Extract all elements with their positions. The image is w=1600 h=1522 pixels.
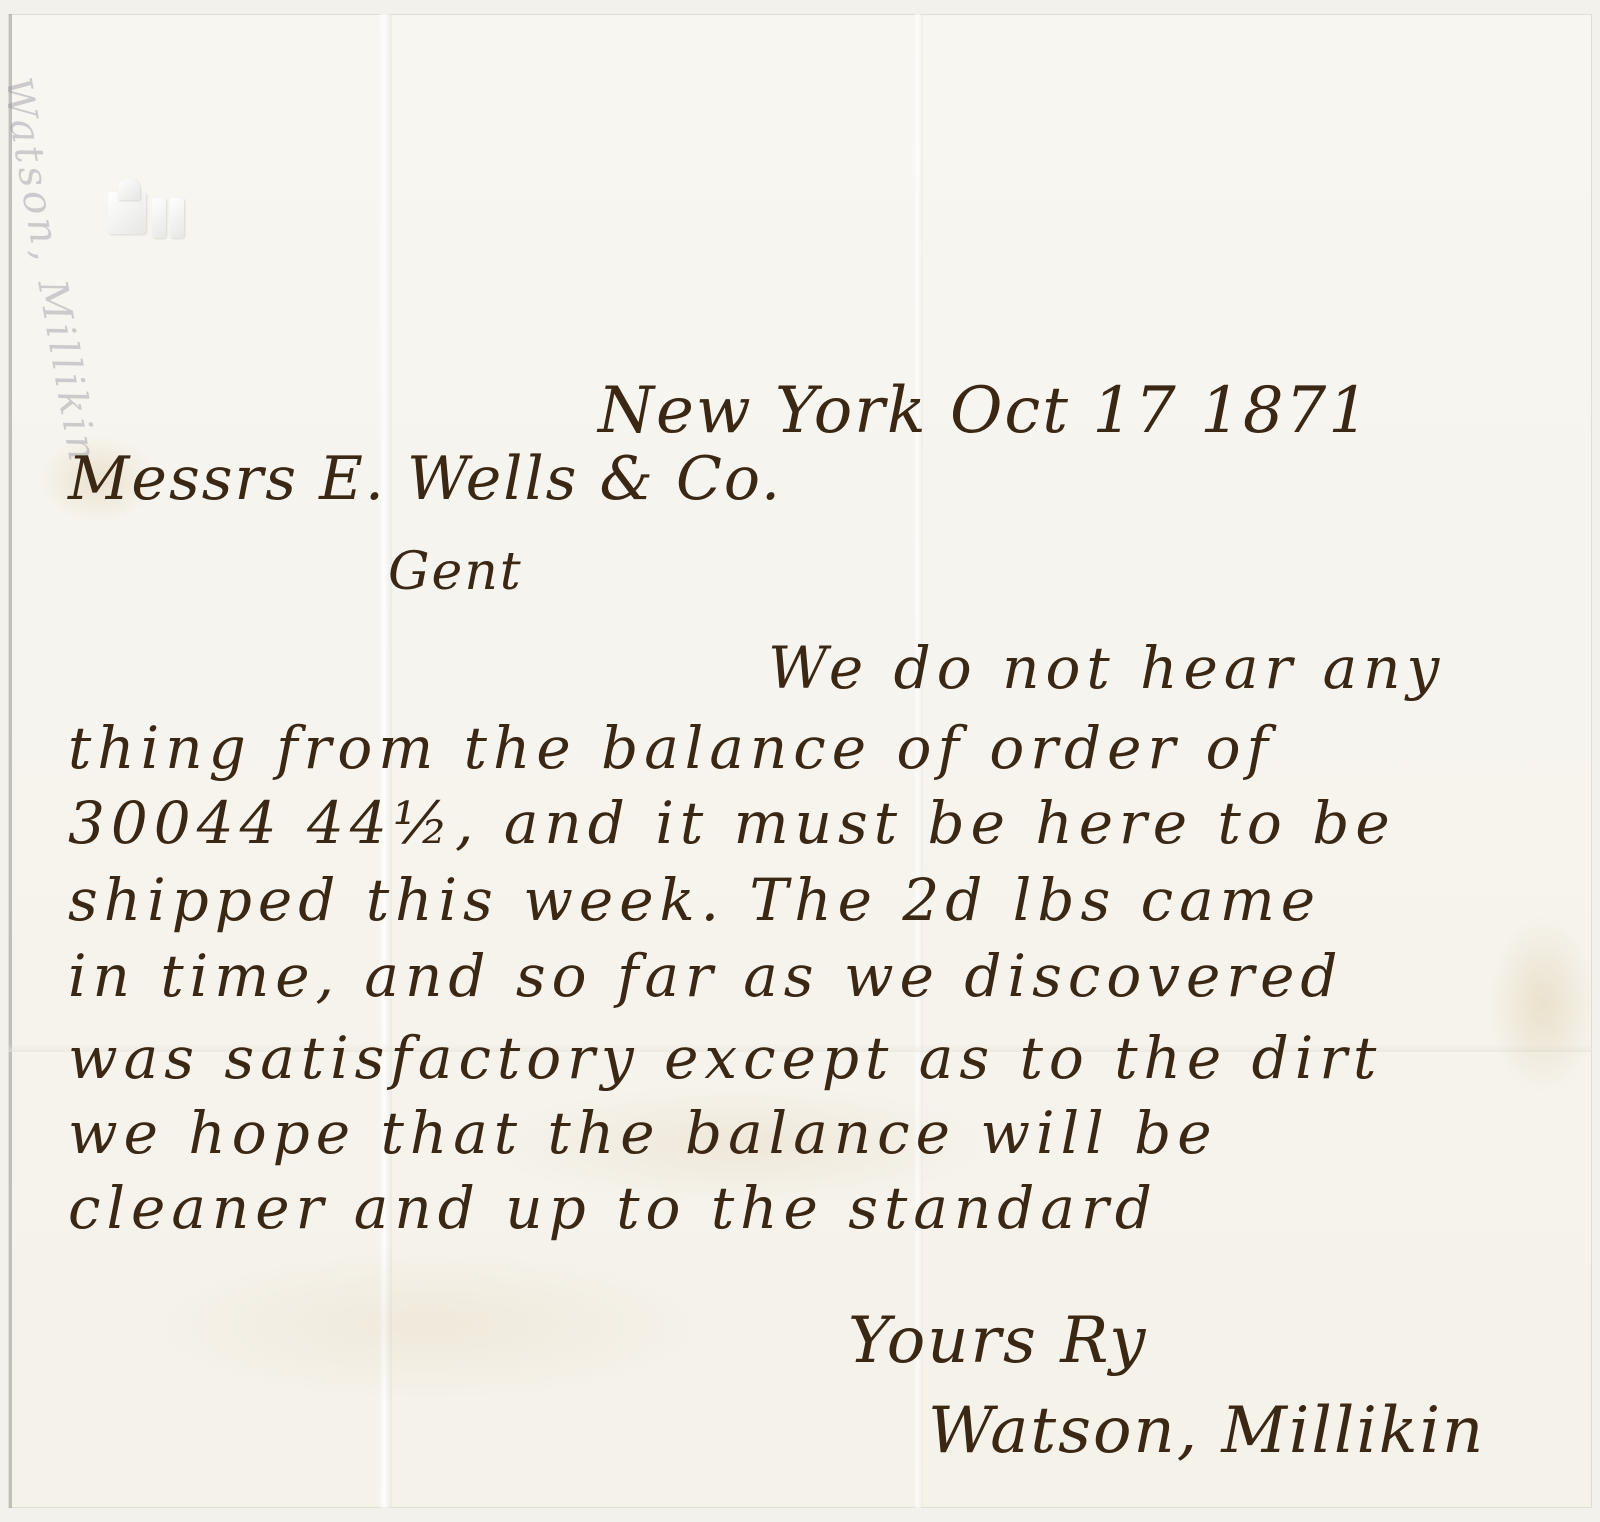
letter-body-line: we hope that the balance will be: [68, 1099, 1218, 1167]
letter-body-line: in time, and so far as we discovered: [68, 942, 1344, 1010]
letter-greeting: Gent: [388, 542, 523, 602]
letter-sheet: Watson, Millikin New York Oct 17 1871 Me…: [8, 14, 1592, 1508]
letter-body-line: thing from the balance of order of: [68, 714, 1274, 782]
paper-stain: [128, 1244, 728, 1404]
letter-dateline: New York Oct 17 1871: [598, 374, 1371, 448]
faint-margin-note: Watson, Millikin: [8, 74, 106, 468]
letter-body-line: 30044 44½, and it must be here to be: [68, 789, 1396, 857]
letter-body-line: cleaner and up to the standard: [68, 1174, 1158, 1242]
letter-body-line: shipped this week. The 2d lbs came: [68, 866, 1321, 934]
paper-stain: [1488, 914, 1592, 1094]
letter-body-line: We do not hear any: [768, 634, 1445, 702]
embossed-stamp-icon: [108, 174, 208, 254]
letter-body-line: was satisfactory except as to the dirt: [68, 1024, 1382, 1092]
letter-closing: Yours Ry: [848, 1304, 1147, 1378]
letter-signature: Watson, Millikin: [928, 1394, 1485, 1468]
letter-salutation: Messrs E. Wells & Co.: [68, 444, 782, 514]
